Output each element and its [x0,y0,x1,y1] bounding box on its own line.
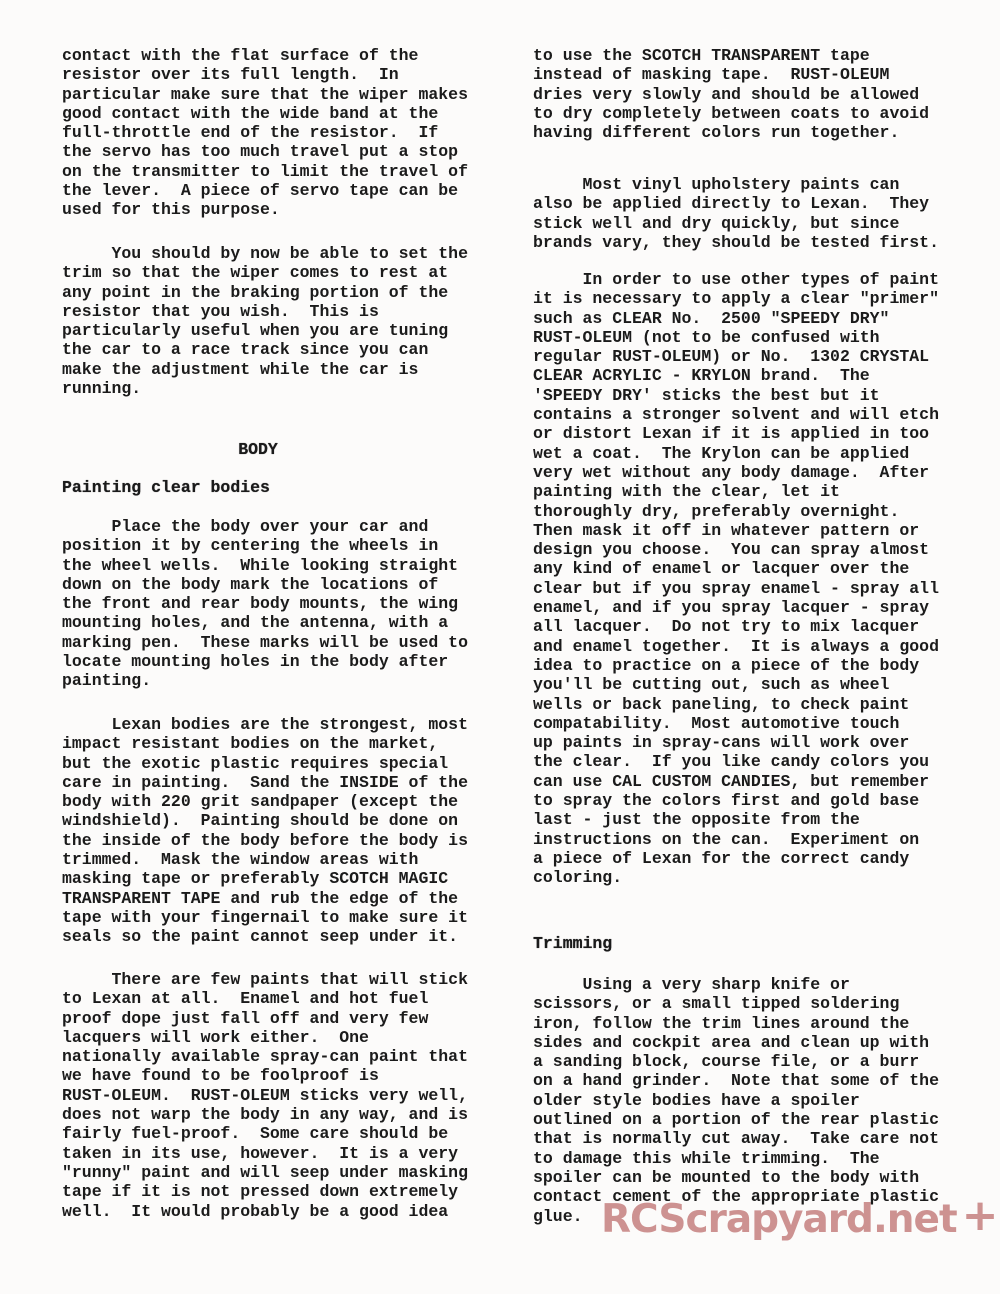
paragraph-trimming-instructions: Using a very sharp knife or scissors, or… [533,975,949,1226]
paragraph-clear-primer: In order to use other types of paint it … [533,270,949,888]
scanned-manual-page: RCScrapyard.net+ contact with the flat s… [0,0,1000,1294]
heading-trimming: Trimming [533,934,949,953]
paragraph-trim-setting: You should by now be able to set the tri… [62,244,478,398]
paragraph-tape-drying: to use the SCOTCH TRANSPARENT tape inste… [533,46,949,142]
text-layer: contact with the flat surface of the res… [0,0,1000,1294]
paragraph-paint-adhesion: There are few paints that will stick to … [62,970,478,1221]
paragraph-vinyl-paints: Most vinyl upholstery paints can also be… [533,175,949,252]
heading-body-section: BODY [62,440,454,459]
paragraph-resistor-contact: contact with the flat surface of the res… [62,46,478,220]
heading-painting-clear-bodies: Painting clear bodies [62,478,478,497]
paragraph-body-placement: Place the body over your car and positio… [62,517,478,691]
paragraph-lexan-sanding-masking: Lexan bodies are the strongest, most imp… [62,715,478,947]
